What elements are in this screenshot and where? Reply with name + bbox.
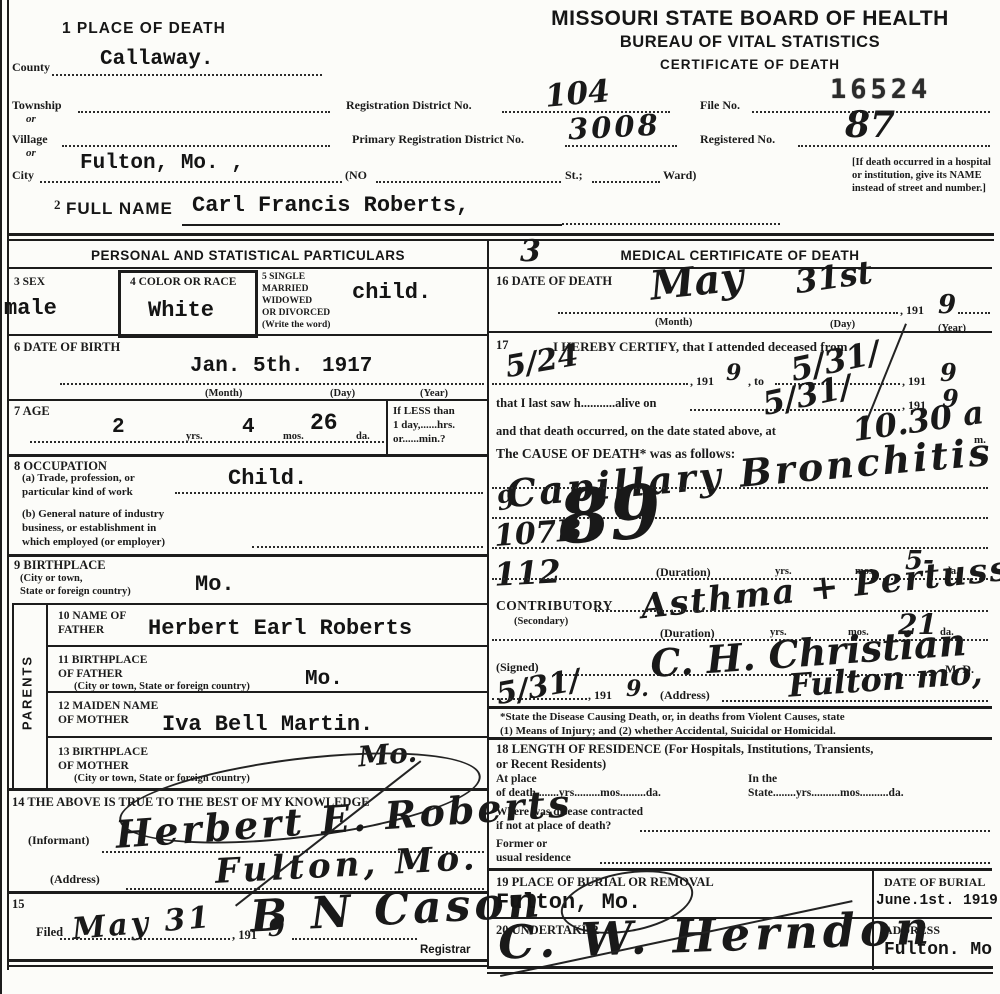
primary-registration-value: 3008 (567, 108, 661, 147)
burial-date-label: DATE OF BURIAL (884, 875, 985, 889)
physician-address-dotted-line (722, 700, 988, 702)
rule (8, 454, 488, 457)
birthplace-label: 9 BIRTHPLACE (14, 558, 106, 573)
personal-section-title: PERSONAL AND STATISTICAL PARTICULARS (8, 248, 488, 263)
birthplace-value: Mo. (195, 572, 235, 597)
bureau-title: BUREAU OF VITAL STATISTICS (505, 33, 995, 52)
dob-dotted-line (60, 383, 484, 385)
rule (46, 736, 488, 738)
age-months-value: 4 (242, 416, 255, 439)
street-dotted-line (592, 181, 660, 183)
occupation-a-label: (a) Trade, profession, or particular kin… (22, 472, 135, 500)
rule (487, 706, 992, 709)
township-dotted-line (78, 111, 330, 113)
full-name-underline (182, 224, 562, 226)
primary-registration-dotted-line (565, 145, 677, 147)
signed-year-digit: 9. (626, 676, 649, 702)
age-years-value: 2 (112, 416, 125, 439)
undertaker-address-label: ADDRESS (884, 923, 940, 937)
scan-edge-line (0, 0, 2, 994)
rule (487, 868, 992, 871)
handwritten-mark-89: 89 (555, 469, 664, 562)
residence-label: 18 LENGTH OF RESIDENCE (For Hospitals, I… (496, 742, 873, 772)
village-dotted-line (62, 145, 330, 147)
full-name-dotted-line (562, 223, 780, 225)
informant-address-label: (Address) (50, 872, 100, 886)
dod-month-caption: (Month) (655, 317, 692, 328)
rule (487, 737, 992, 740)
mother-birthplace-label: 13 BIRTHPLACE OF MOTHER (58, 746, 148, 774)
or-label-2: or (26, 147, 36, 160)
undertaker-address-value: Fulton. Mo (884, 940, 992, 960)
or-label-1: or (26, 113, 36, 126)
file-no-label: File No. (700, 98, 740, 112)
parents-strip-left-border (12, 603, 14, 788)
dob-label: 6 DATE OF BIRTH (14, 340, 120, 355)
dob-month-caption: (Month) (205, 388, 242, 399)
registration-district-label: Registration District No. (346, 98, 472, 112)
attended-to-year-digit: 9 (940, 358, 957, 387)
registered-no-dotted-line (798, 145, 990, 147)
attended-from-year-prefix: , 191 (690, 374, 714, 388)
father-name-label: 10 NAME OF FATHER (58, 610, 126, 638)
sex-label: 3 SEX (14, 276, 45, 290)
dob-monthday-value: Jan. 5th. (190, 355, 303, 378)
in-state-label: In the State........yrs..........mos....… (748, 773, 904, 801)
age-label: 7 AGE (14, 404, 50, 419)
death-certificate-scan: 1 PLACE OF DEATH MISSOURI STATE BOARD OF… (0, 0, 1000, 994)
full-name-value: Carl Francis Roberts, (192, 193, 469, 218)
occupation-b-dotted-line (252, 546, 483, 548)
township-label: Township (12, 98, 62, 112)
age-days-value: 26 (310, 410, 338, 436)
header-rule-thick (8, 233, 994, 236)
city-value: Fulton, Mo. , (80, 152, 244, 175)
father-birthplace-value: Mo. (305, 668, 343, 691)
place-of-death-heading: 1 PLACE OF DEATH (62, 20, 226, 38)
primary-registration-label: Primary Registration District No. (352, 132, 524, 146)
header-rule-thin (8, 239, 994, 241)
rule (487, 331, 992, 333)
secondary-label: (Secondary) (514, 615, 568, 628)
dob-day-caption: (Day) (330, 388, 355, 399)
marital-label: 5 SINGLE MARRIED WIDOWED OR DIVORCED (Wr… (262, 272, 330, 331)
rule (487, 966, 993, 969)
rule (8, 554, 488, 557)
street-no-dotted-line (376, 181, 561, 183)
registered-no-label: Registered No. (700, 132, 775, 146)
former-residence-dotted-line (600, 862, 990, 864)
cause-footnote: *State the Disease Causing Death, or, in… (500, 711, 990, 739)
date-of-death-year-digit: 9 (938, 290, 956, 320)
mother-name-value: Iva Bell Martin. (162, 712, 373, 737)
last-saw-value: 5/31/ (759, 367, 855, 423)
certificate-title: CERTIFICATE OF DEATH (505, 57, 995, 72)
father-birthplace-label: 11 BIRTHPLACE OF FATHER (58, 654, 147, 682)
former-residence-label: Former or usual residence (496, 838, 571, 866)
rule (12, 603, 488, 605)
occupation-b-label: (b) General nature of industry business,… (22, 508, 165, 549)
street-no-label: (NO (345, 168, 367, 182)
disease-contracted-dotted-line (640, 830, 990, 832)
duration1-label: (Duration) (656, 565, 711, 579)
form-left-border (7, 0, 9, 970)
rule (46, 645, 488, 647)
filed-dotted-line (60, 938, 230, 940)
full-name-label: FULL NAME (66, 199, 173, 219)
rule (8, 267, 488, 269)
occupation-a-dotted-line (175, 492, 483, 494)
date-of-death-year-prefix: , 191 (900, 303, 924, 317)
dob-year-value: 1917 (322, 355, 372, 378)
registered-no-value: 87 (845, 104, 895, 146)
item-15-number: 15 (12, 897, 25, 912)
date-of-death-month: May (648, 253, 746, 310)
attended-from-year-digit: 9 (726, 360, 741, 386)
dotted-line (958, 312, 990, 314)
contributory-value: Asthma + Pertussis (639, 545, 1000, 627)
date-of-death-label: 16 DATE OF DEATH (496, 274, 612, 289)
parents-strip-right-border (46, 603, 48, 788)
birthplace-sub-label: (City or town, State or foreign country) (20, 572, 131, 598)
registrar-label: Registrar (420, 944, 471, 956)
signed-date-dotted-line (492, 698, 587, 700)
county-value: Callaway. (100, 48, 213, 71)
marital-value: child. (352, 280, 431, 305)
rule (46, 691, 488, 693)
age-less-label: If LESS than 1 day,......hrs. or......mi… (393, 405, 455, 446)
county-dotted-line (52, 74, 322, 76)
registration-district-value: 104 (544, 73, 612, 115)
dod-day-caption: (Day) (830, 319, 855, 330)
village-label: Village (12, 132, 48, 146)
rule (487, 972, 993, 974)
handwritten-mark-112: 112 (493, 552, 562, 593)
county-label: County (12, 60, 50, 74)
rule (8, 959, 488, 962)
informant-label: (Informant) (28, 833, 89, 847)
signed-year-prefix: , 191 (588, 688, 612, 702)
death-occurred-label: and that death occurred, on the date sta… (496, 424, 776, 439)
attended-from-value: 5/24 (503, 338, 582, 385)
age-dotted-line (30, 441, 384, 443)
agency-title: MISSOURI STATE BOARD OF HEALTH (505, 7, 995, 31)
last-saw-label: that I last saw h...........alive on (496, 396, 656, 411)
father-name-value: Herbert Earl Roberts (148, 616, 412, 641)
sex-value: male (4, 296, 57, 321)
file-no-stamp: 16524 (830, 74, 931, 105)
street-label: St.; (565, 168, 583, 182)
at-place-label: At place of death........yrs.........mos… (496, 773, 661, 801)
parents-vertical-label: PARENTS (20, 613, 35, 773)
rule (8, 334, 488, 336)
race-label: 4 COLOR OR RACE (130, 276, 236, 290)
city-dotted-line (40, 181, 342, 183)
physician-address-label: (Address) (660, 688, 710, 702)
date-of-death-dotted-line (558, 312, 898, 314)
attended-to-year-prefix: , 191 (902, 374, 926, 388)
hospital-note: [If death occurred in a hospital or inst… (852, 156, 994, 195)
race-value: White (148, 298, 214, 323)
occupation-a-value: Child. (228, 466, 307, 491)
full-name-number: 2 (54, 197, 61, 213)
disease-contracted-label: Where was disease contracted if not at p… (496, 806, 643, 834)
mother-name-label: 12 MAIDEN NAME OF MOTHER (58, 700, 158, 728)
dob-year-caption: (Year) (420, 388, 448, 399)
attended-from-dotted-line (492, 383, 688, 385)
city-label: City (12, 168, 34, 182)
rule (8, 965, 488, 967)
ward-label: Ward) (663, 168, 696, 182)
